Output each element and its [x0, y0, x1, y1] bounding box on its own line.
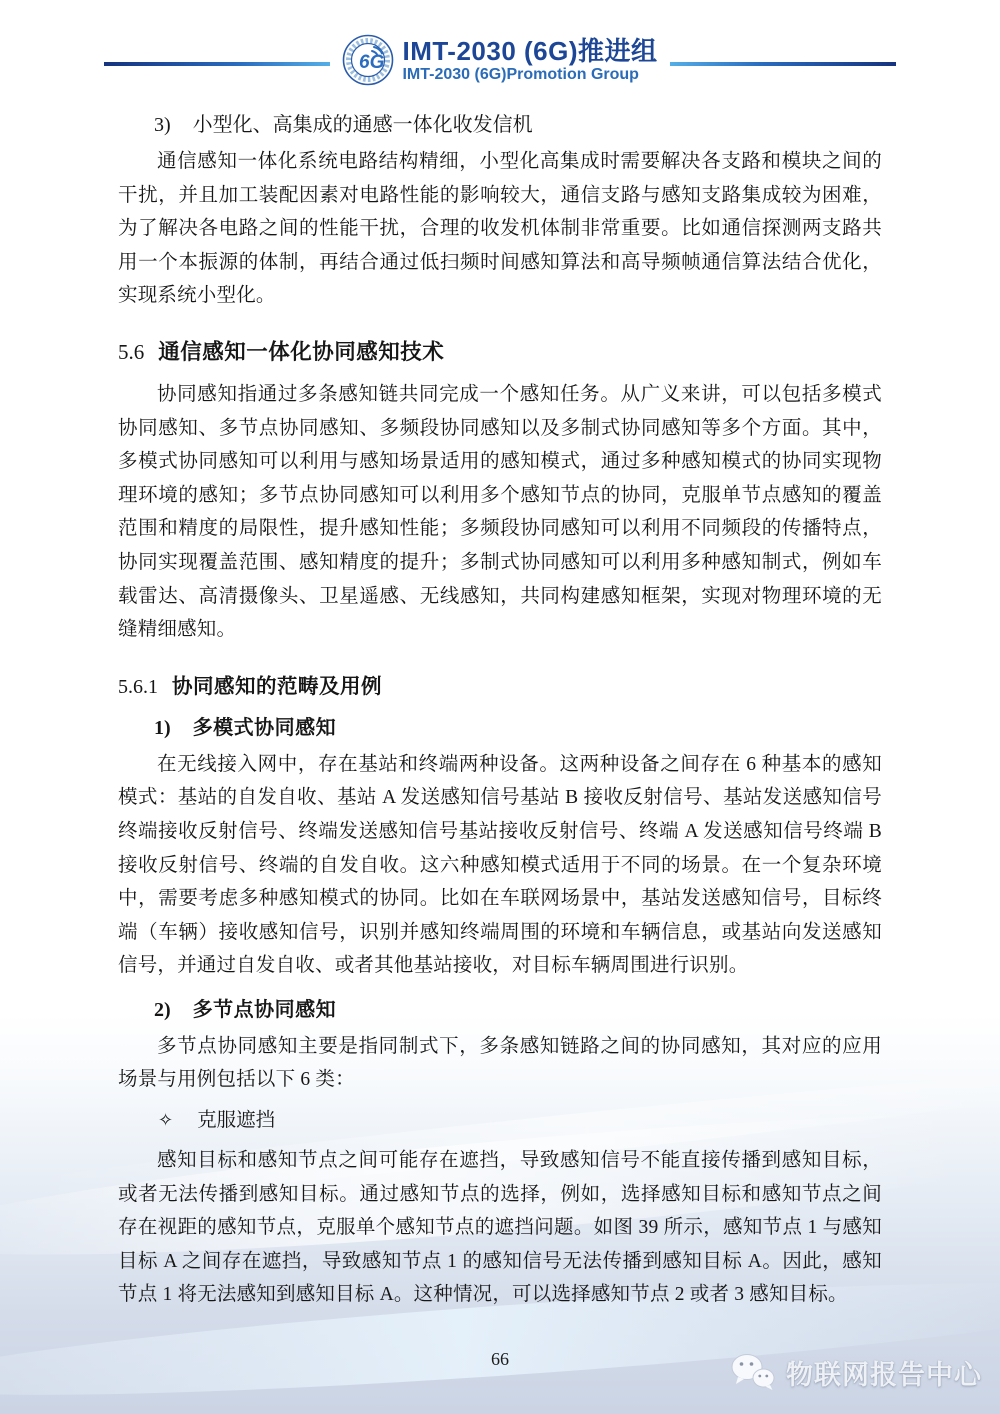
paragraph-cooperative-sensing: 协同感知指通过多条感知链共同完成一个感知任务。从广义来讲，可以包括多模式协同感知…: [118, 378, 882, 647]
section-5-6-1-heading: 5.6.1 协同感知的范畴及用例: [118, 669, 882, 699]
page-header: 6G IMT-2030 (6G)推进组 IMT-2030 (6G)Promoti…: [0, 0, 1000, 86]
section-number: 5.6.1: [118, 676, 158, 699]
list-item-3-heading: 3)小型化、高集成的通感一体化收发信机: [118, 108, 882, 137]
document-body: 3)小型化、高集成的通感一体化收发信机 通信感知一体化系统电路结构精细，小型化高…: [118, 86, 882, 1312]
wechat-icon: [730, 1352, 776, 1392]
list-item-title: 多节点协同感知: [193, 999, 337, 1021]
diamond-bullet-icon: ✧: [158, 1110, 173, 1130]
logo-text: IMT-2030 (6G)推进组 IMT-2030 (6G)Promotion …: [402, 37, 657, 83]
paragraph-multinode: 多节点协同感知主要是指同制式下，多条感知链路之间的协同感知，其对应的应用场景与用…: [118, 1030, 882, 1097]
paragraph-occlusion: 感知目标和感知节点之间可能存在遮挡，导致感知信号不能直接传播到感知目标，或者无法…: [118, 1144, 882, 1312]
watermark: 物联网报告中心: [730, 1352, 982, 1392]
list-item-number: 3): [154, 114, 171, 136]
section-5-6-heading: 5.6 通信感知一体化协同感知技术: [118, 335, 882, 366]
section-number: 5.6: [118, 340, 144, 365]
bullet-text: 克服遮挡: [197, 1110, 275, 1131]
list-item-1-heading: 1)多模式协同感知: [118, 711, 882, 740]
section-title: 协同感知的范畴及用例: [172, 669, 382, 699]
header-rule-left: [104, 62, 330, 66]
imt2030-logo: 6G IMT-2030 (6G)推进组 IMT-2030 (6G)Promoti…: [342, 34, 657, 86]
svg-text:6G: 6G: [359, 52, 385, 73]
list-item-number: 2): [154, 999, 171, 1021]
watermark-text: 物联网报告中心: [786, 1353, 982, 1392]
paragraph-transceiver: 通信感知一体化系统电路结构精细，小型化高集成时需要解决各支路和模块之间的干扰，并…: [118, 145, 882, 313]
org-title-en: IMT-2030 (6G)Promotion Group: [402, 66, 657, 84]
list-item-title: 小型化、高集成的通感一体化收发信机: [193, 114, 533, 136]
list-item-title: 多模式协同感知: [193, 717, 337, 739]
org-title-cn: IMT-2030 (6G)推进组: [402, 37, 657, 66]
header-rule-right: [670, 62, 896, 66]
section-title: 通信感知一体化协同感知技术: [158, 335, 444, 366]
document-page: 6G IMT-2030 (6G)推进组 IMT-2030 (6G)Promoti…: [0, 0, 1000, 1414]
6g-badge-icon: 6G: [342, 34, 394, 86]
paragraph-multimode: 在无线接入网中，存在基站和终端两种设备。这两种设备之间存在 6 种基本的感知模式…: [118, 748, 882, 983]
list-item-2-heading: 2)多节点协同感知: [118, 993, 882, 1022]
list-item-number: 1): [154, 717, 171, 739]
bullet-overcome-occlusion: ✧克服遮挡: [118, 1103, 882, 1138]
